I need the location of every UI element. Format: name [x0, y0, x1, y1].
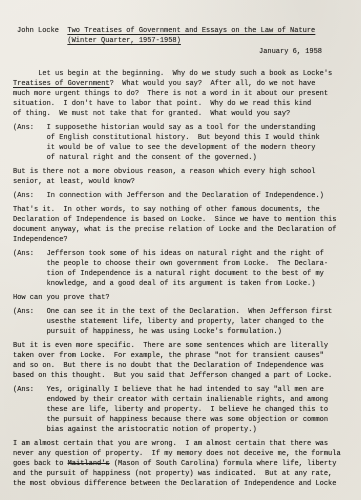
text-line: How can you prove that? [13, 293, 355, 303]
text-line: Declaration of Independence is based on … [13, 215, 355, 225]
answer-block: (Ans: One can see it in the text of the … [13, 307, 355, 337]
text-segment: the people to choose their own governmen… [13, 260, 328, 268]
text-line: senior, at least, would know? [13, 177, 355, 187]
text-segment: I am almost certain that you are wrong. … [13, 440, 328, 448]
text-segment: (Ans: Jefferson took some of his ideas o… [13, 250, 324, 258]
text-line: much more urgent things to do? There is … [13, 89, 355, 99]
text-line: (Ans: Yes, originally I believe that he … [13, 385, 355, 395]
header-title-line-1: John LockeTwo Treatises of Government an… [17, 26, 355, 36]
text-line: and so on. But there is no doubt that th… [13, 361, 355, 371]
text-line: of natural right and the consent of the … [13, 153, 355, 163]
text-segment: the most obvious difference between the … [13, 480, 336, 488]
document-subtitle: (Winter Quarter, 1957-1958) [67, 37, 180, 45]
text-line: Independence? [13, 235, 355, 245]
answer-block: (Ans: I supposethe historian would say a… [13, 123, 355, 163]
text-segment: never any question of property. If my me… [13, 450, 341, 458]
paragraph: But it is even more specific. There are … [13, 341, 355, 381]
text-line: it would be of value to see the developm… [13, 143, 355, 153]
text-segment: it would be of value to see the developm… [13, 144, 315, 152]
text-line: (Ans: Jefferson took some of his ideas o… [13, 249, 355, 259]
text-line: But it is even more specific. There are … [13, 341, 355, 351]
text-line: of English constitutional history. But b… [13, 133, 355, 143]
text-line: usesthe statement life, liberty and prop… [13, 317, 355, 327]
text-line: the most obvious difference between the … [13, 479, 355, 489]
text-segment: much more urgent things to do? There is … [13, 90, 328, 98]
answer-block: (Ans: Jefferson took some of his ideas o… [13, 249, 355, 289]
underlined-text: Treatises of Government [13, 80, 110, 88]
text-segment: goes back to [13, 460, 68, 468]
text-line: I am almost certain that you are wrong. … [13, 439, 355, 449]
text-line: (Ans: I supposethe historian would say a… [13, 123, 355, 133]
text-segment: (Ans: One can see it in the text of the … [13, 308, 332, 316]
text-line: Treatises of Government? What would you … [13, 79, 355, 89]
text-segment: Declaration of Independence is based on … [13, 216, 336, 224]
text-line: knowledge, and a good deal of its argume… [13, 279, 355, 289]
paragraph: How can you prove that? [13, 293, 355, 303]
text-line: based on this thought. But you said that… [13, 371, 355, 381]
document-header: John LockeTwo Treatises of Government an… [13, 26, 355, 57]
text-segment: (Ans: Yes, originally I believe that he … [13, 386, 324, 394]
text-segment: tion of Independence is a natural right … [13, 270, 324, 278]
text-segment: document anyway, what is the precise rel… [13, 226, 336, 234]
document-date: January 6, 1958 [259, 48, 322, 56]
text-segment: based on this thought. But you said that… [13, 372, 332, 380]
paragraph: I am almost certain that you are wrong. … [13, 439, 355, 489]
text-line: of thing. We must not take that for gran… [13, 109, 355, 119]
text-segment: usesthe statement life, liberty and prop… [13, 318, 324, 326]
text-segment: and so on. But there is no doubt that th… [13, 362, 324, 370]
text-line: pursuit of happiness, he was using Locke… [13, 327, 355, 337]
header-title-line-2: (Winter Quarter, 1957-1958) [17, 36, 355, 46]
text-line: But is there not a more obvious reason, … [13, 167, 355, 177]
text-segment: That's it. In other words, to say nothin… [13, 206, 320, 214]
text-segment: these are life, liberty and property. I … [13, 406, 328, 414]
text-line: bias against the aristocratic notion of … [13, 425, 355, 435]
text-segment: How can you prove that? [13, 294, 110, 302]
struck-out-text: Maitland's [68, 460, 110, 468]
text-line: never any question of property. If my me… [13, 449, 355, 459]
text-segment: situation. I don't have to labor that po… [13, 100, 311, 108]
author-name: John Locke [17, 27, 59, 35]
paragraph: That's it. In other words, to say nothin… [13, 205, 355, 245]
text-segment: of thing. We must not take that for gran… [13, 110, 290, 118]
text-line: the people to choose their own governmen… [13, 259, 355, 269]
date-line: January 6, 1958 [17, 47, 355, 57]
page-content: John LockeTwo Treatises of Government an… [13, 26, 355, 489]
text-line: goes back to Maitland's (Mason of South … [13, 459, 355, 469]
text-segment: senior, at least, would know? [13, 178, 135, 186]
text-line: endowed by their creator with certain in… [13, 395, 355, 405]
text-line: Let us begin at the beginning. Why do we… [13, 69, 355, 79]
text-line: That's it. In other words, to say nothin… [13, 205, 355, 215]
text-segment: (Mason of South Carolina) formula where … [110, 460, 337, 468]
text-line: these are life, liberty and property. I … [13, 405, 355, 415]
document-title: Two Treatises of Government and Essays o… [67, 27, 315, 35]
text-segment: Let us begin at the beginning. Why do we… [13, 70, 332, 78]
text-segment: (Ans: I supposethe historian would say a… [13, 124, 315, 132]
text-segment: pursuit of happiness, he was using Locke… [13, 328, 282, 336]
text-line: (Ans: One can see it in the text of the … [13, 307, 355, 317]
text-segment: But it is even more specific. There are … [13, 342, 328, 350]
text-line: document anyway, what is the precise rel… [13, 225, 355, 235]
text-segment: ? What would you say? After all, do we n… [110, 80, 316, 88]
text-segment: But is there not a more obvious reason, … [13, 168, 315, 176]
text-line: and the pursuit of happiness (not proper… [13, 469, 355, 479]
answer-block: (Ans: Yes, originally I believe that he … [13, 385, 355, 435]
paragraph: But is there not a more obvious reason, … [13, 167, 355, 187]
text-segment: and the pursuit of happiness (not proper… [13, 470, 332, 478]
text-segment: endowed by their creator with certain in… [13, 396, 328, 404]
text-segment: (Ans: In connection with Jefferson and t… [13, 192, 324, 200]
text-line: tion of Independence is a natural right … [13, 269, 355, 279]
text-segment: Independence? [13, 236, 68, 244]
text-segment: knowledge, and a good deal of its argume… [13, 280, 315, 288]
scanned-document-page: John LockeTwo Treatises of Government an… [0, 0, 361, 500]
text-segment: of English constitutional history. But b… [13, 134, 320, 142]
paragraph: Let us begin at the beginning. Why do we… [13, 69, 355, 119]
text-line: taken over from Locke. For example, the … [13, 351, 355, 361]
text-line: (Ans: In connection with Jefferson and t… [13, 191, 355, 201]
text-segment: taken over from Locke. For example, the … [13, 352, 324, 360]
answer-block: (Ans: In connection with Jefferson and t… [13, 191, 355, 201]
text-segment: of natural right and the consent of the … [13, 154, 257, 162]
text-line: situation. I don't have to labor that po… [13, 99, 355, 109]
text-line: the pursuit of happiness because there w… [13, 415, 355, 425]
text-segment: the pursuit of happiness because there w… [13, 416, 328, 424]
document-body: Let us begin at the beginning. Why do we… [13, 69, 355, 489]
text-segment: bias against the aristocratic notion of … [13, 426, 257, 434]
